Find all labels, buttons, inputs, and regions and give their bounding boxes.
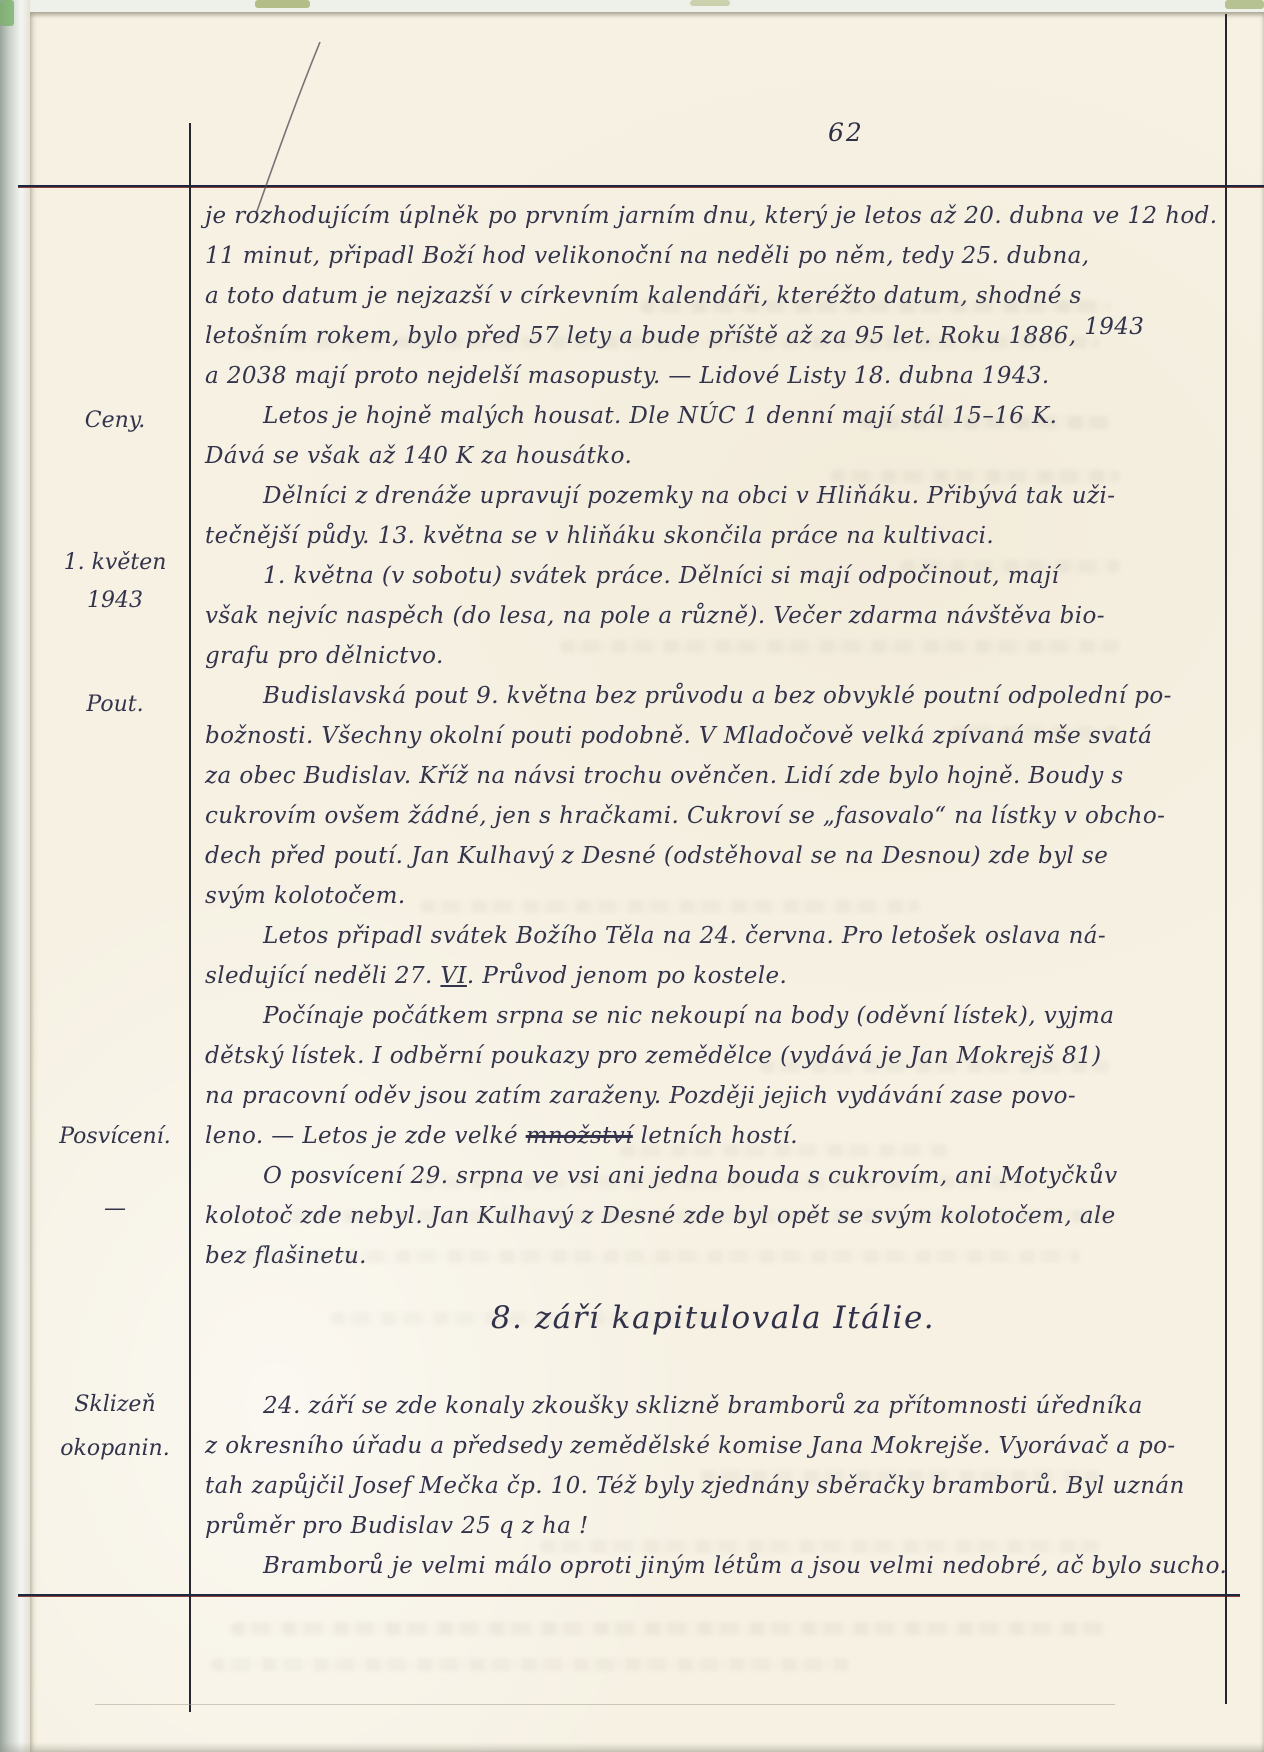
text-column: je rozhodujícím úplněk po prvním jarním … <box>205 196 1221 1586</box>
top-rule <box>18 185 1264 189</box>
text-line: však nejvíc naspěch (do lesa, na pole a … <box>205 596 1221 636</box>
bleedthrough-smudge <box>420 1176 1040 1189</box>
text-line: dech před poutí. Jan Kulhavý z Desné (od… <box>205 836 1221 876</box>
text-line: Počínaje počátkem srpna se nic nekoupí n… <box>205 996 1221 1036</box>
right-margin-rule <box>1225 14 1227 1704</box>
text-line: Letos připadl svátek Božího Těla na 24. … <box>205 916 1221 956</box>
margin-note: okopanin. <box>40 1436 190 1461</box>
text-line: za obec Budislav. Kříž na návsi trochu o… <box>205 756 1221 796</box>
bleedthrough-smudge <box>640 300 1110 313</box>
bleedthrough-smudge <box>560 640 1120 653</box>
text-line: tečnější půdy. 13. května se v hliňáku s… <box>205 516 1221 556</box>
paragraph: Letos připadl svátek Božího Těla na 24. … <box>205 916 1221 996</box>
bottom-rule <box>18 1594 1240 1598</box>
bleedthrough-smudge <box>830 470 1120 483</box>
bleedthrough-smudge <box>620 1144 950 1157</box>
scanner-edge-strip <box>0 0 30 1752</box>
paper-edge-fleck <box>255 0 310 8</box>
text-line: a 2038 mají proto nejdelší masopusty. — … <box>205 356 1221 396</box>
scanned-page: 62 Ceny.1. květen1943Pout.Posvícení.—Skl… <box>0 0 1264 1752</box>
bleedthrough-smudge <box>330 1312 730 1325</box>
bleedthrough-smudge <box>240 1250 1080 1263</box>
paper-edge-fleck <box>1225 0 1264 9</box>
underlying-page-edge <box>95 1704 1115 1705</box>
paper-edge-fleck <box>690 0 730 6</box>
text-line: 11 minut, připadl Boží hod velikonoční n… <box>205 236 1221 276</box>
margin-column: Ceny.1. květen1943Pout.Posvícení.—Sklize… <box>40 0 190 1752</box>
stray-pen-mark <box>232 38 352 218</box>
margin-note: Posvícení. <box>40 1124 190 1149</box>
margin-note: 1. květen <box>40 550 190 575</box>
paragraph: 1. května (v sobotu) svátek práce. Dělní… <box>205 556 1221 676</box>
bleedthrough-smudge <box>760 1060 1110 1073</box>
bleedthrough-smudge <box>420 900 920 913</box>
text-line: cukrovím ovšem žádné, jen s hračkami. Cu… <box>205 796 1221 836</box>
bleedthrough-smudge <box>860 416 1110 429</box>
margin-note: — <box>40 1196 190 1221</box>
text-line: je rozhodujícím úplněk po prvním jarním … <box>205 196 1221 236</box>
text-line: sledující neděli 27. VI. Průvod jenom po… <box>205 956 1221 996</box>
bleedthrough-smudge <box>210 1658 850 1671</box>
paragraph: Letos je hojně malých housat. Dle NÚC 1 … <box>205 396 1221 476</box>
text-line: z okresního úřadu a předsedy zemědělské … <box>205 1426 1221 1466</box>
bleedthrough-smudge <box>950 726 1120 739</box>
bleedthrough-smudge <box>540 1540 1100 1553</box>
bleedthrough-smudge <box>240 1210 1120 1223</box>
bleedthrough-smudge <box>230 1622 1110 1635</box>
text-line: Budislavská pout 9. května bez průvodu a… <box>205 676 1221 716</box>
paper-edge-fleck <box>0 0 14 26</box>
paragraph: 24. září se zde konaly zkoušky sklizně b… <box>205 1386 1221 1546</box>
bleedthrough-smudge <box>700 1470 1100 1483</box>
page-number: 62 <box>828 118 864 147</box>
paragraph: je rozhodujícím úplněk po prvním jarním … <box>205 196 1221 396</box>
margin-note: 1943 <box>40 588 190 613</box>
text-line: na pracovní oděv jsou zatím zaraženy. Po… <box>205 1076 1221 1116</box>
margin-note: Sklizeň <box>40 1392 190 1417</box>
paragraph: Budislavská pout 9. května bez průvodu a… <box>205 676 1221 916</box>
paragraph: Dělníci z drenáže upravují pozemky na ob… <box>205 476 1221 556</box>
margin-note: Ceny. <box>40 408 190 433</box>
text-line: 24. září se zde konaly zkoušky sklizně b… <box>205 1386 1221 1426</box>
scan-bottom-shadow <box>0 1742 1264 1752</box>
bleedthrough-smudge <box>900 560 1120 573</box>
paragraph: Počínaje počátkem srpna se nic nekoupí n… <box>205 996 1221 1156</box>
margin-note: Pout. <box>40 692 190 717</box>
bleedthrough-smudge <box>240 336 1100 349</box>
